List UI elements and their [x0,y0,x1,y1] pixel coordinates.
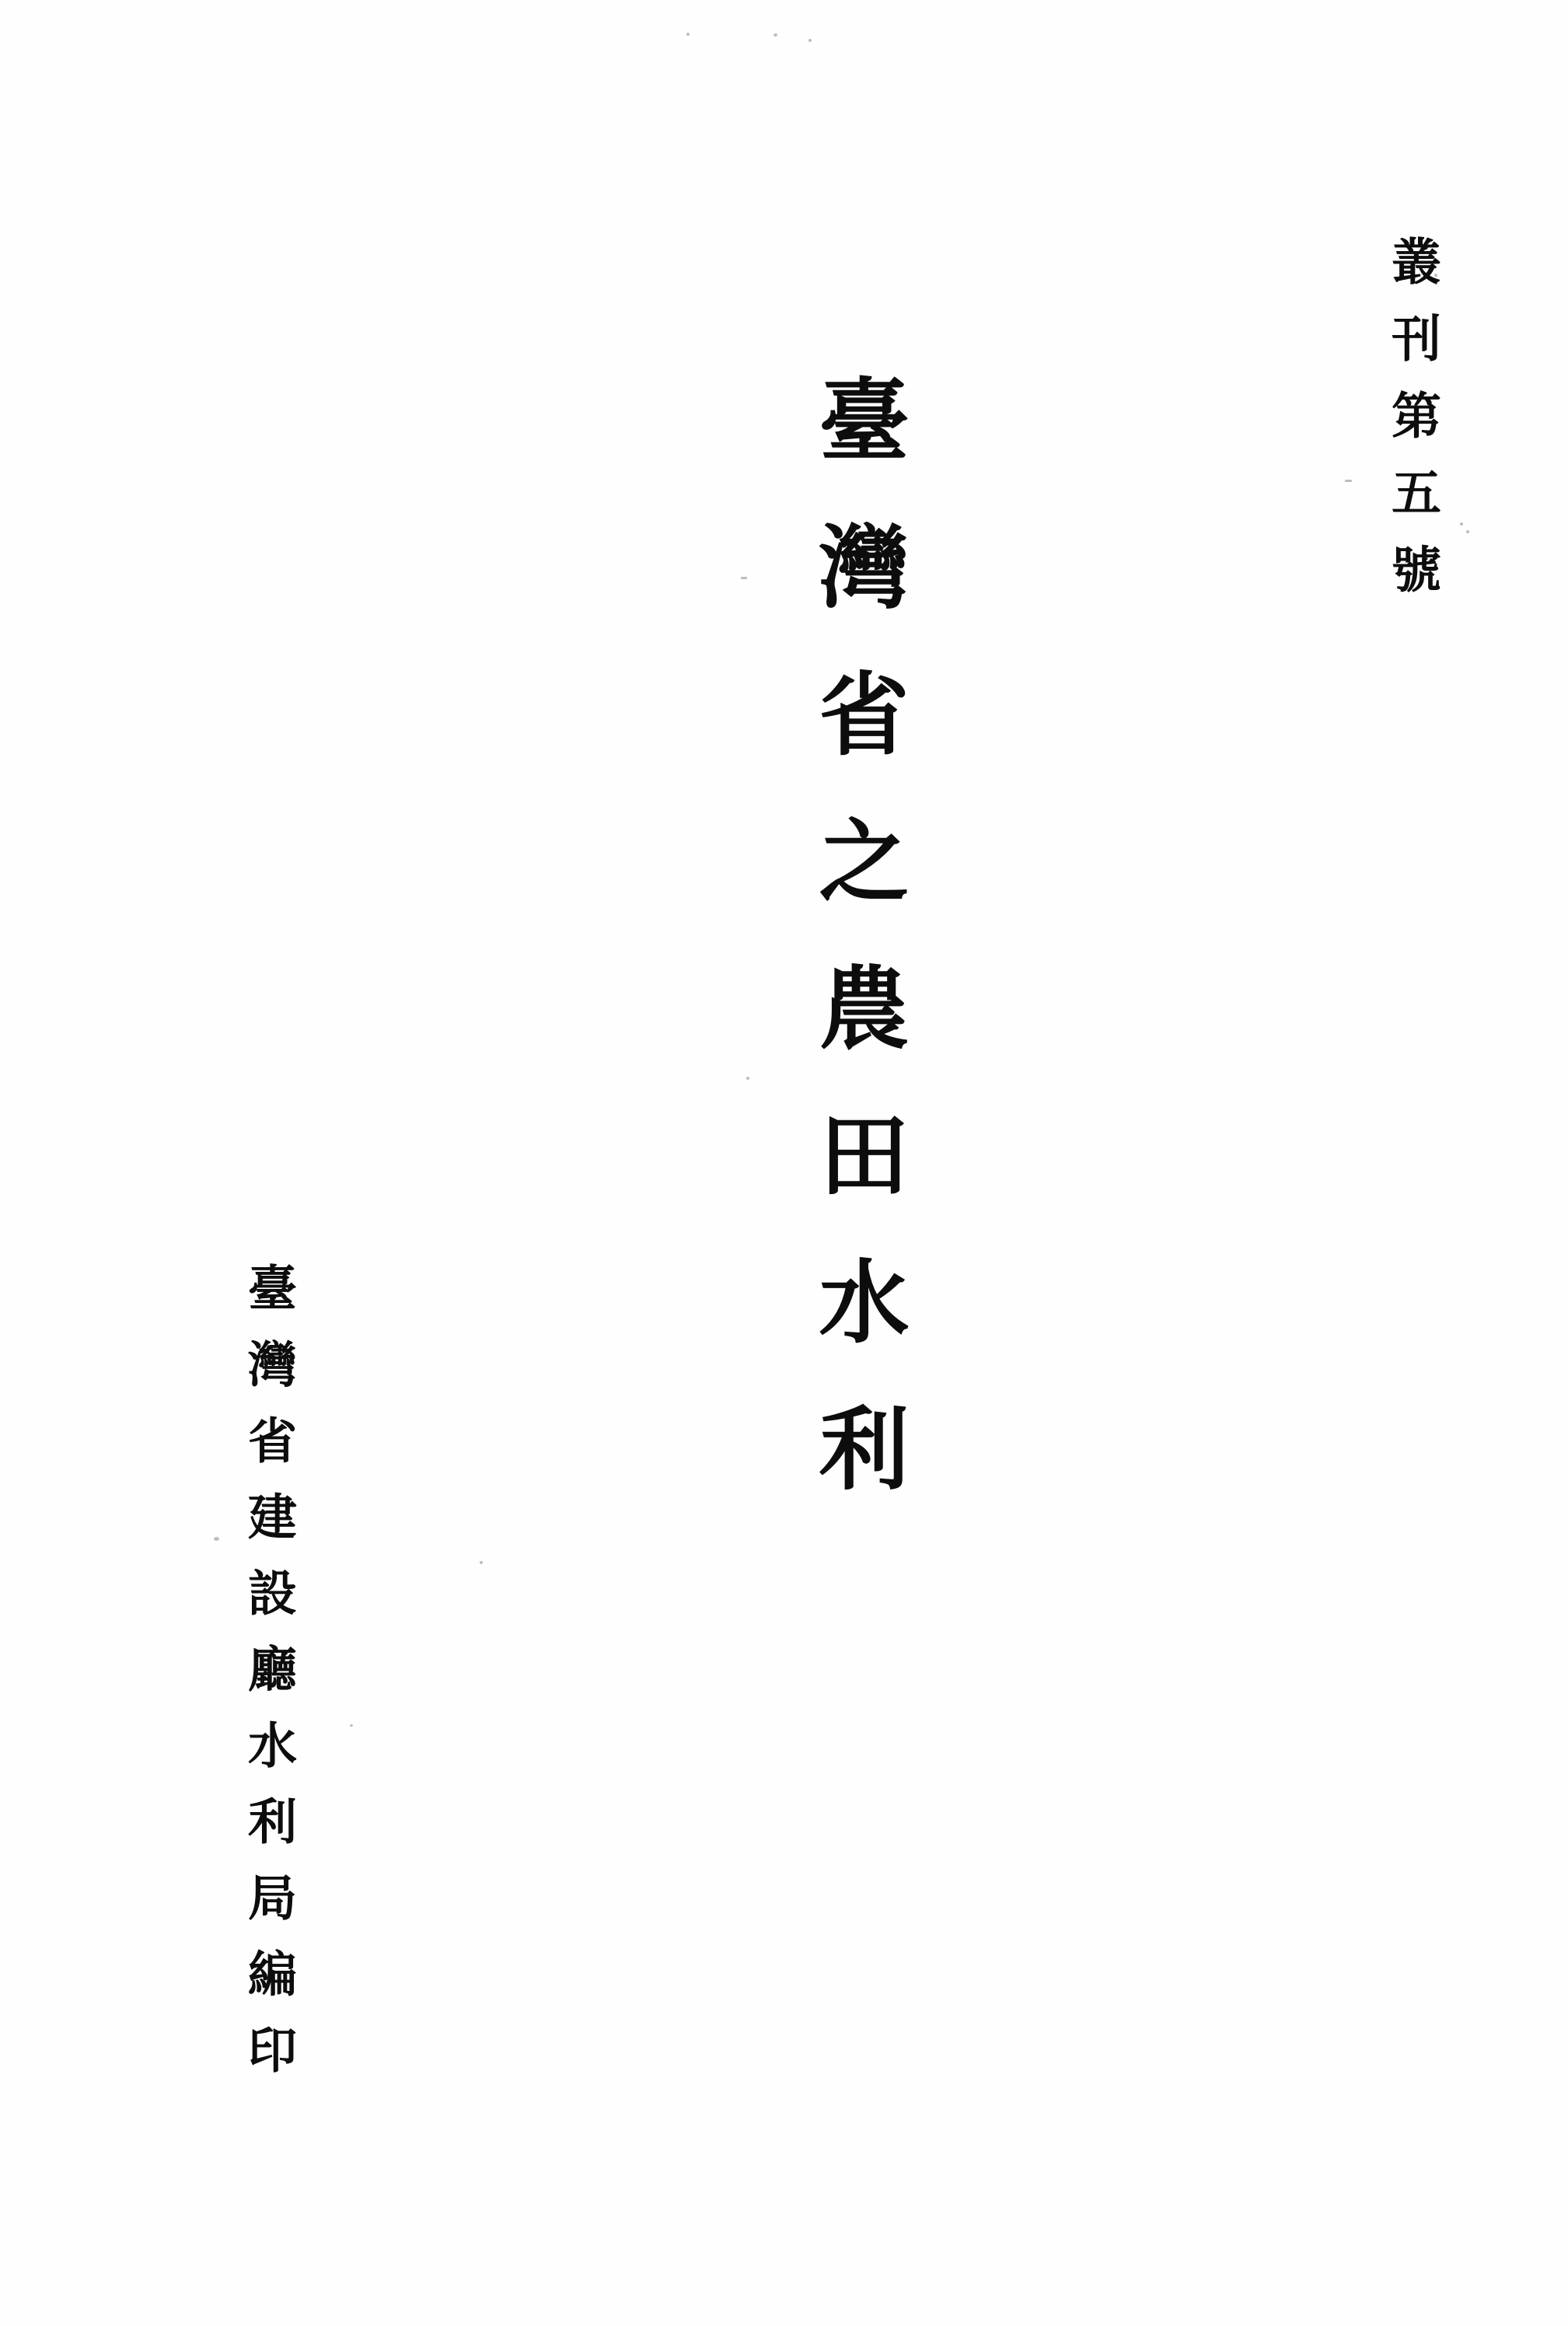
scan-speck [774,33,777,37]
scan-speck [1434,274,1437,277]
book-title: 臺灣省之農田水利 [791,373,920,1549]
scan-speck [214,1537,219,1541]
scan-speck [686,33,690,36]
scan-speck [480,1561,483,1564]
scan-speck [741,577,747,579]
series-number-label: 叢刊第五號 [1376,236,1448,620]
scan-speck [1460,522,1463,526]
scan-speck [808,39,812,42]
scan-speck [1345,480,1352,482]
book-cover-page: 叢刊第五號 臺灣省之農田水利 臺灣省建設廳水利局編印 [0,0,1568,2326]
scan-speck [746,1077,749,1080]
publisher-imprint: 臺灣省建設廳水利局編印 [233,1263,304,2101]
scan-speck [1466,530,1469,533]
scan-speck [350,1724,353,1727]
